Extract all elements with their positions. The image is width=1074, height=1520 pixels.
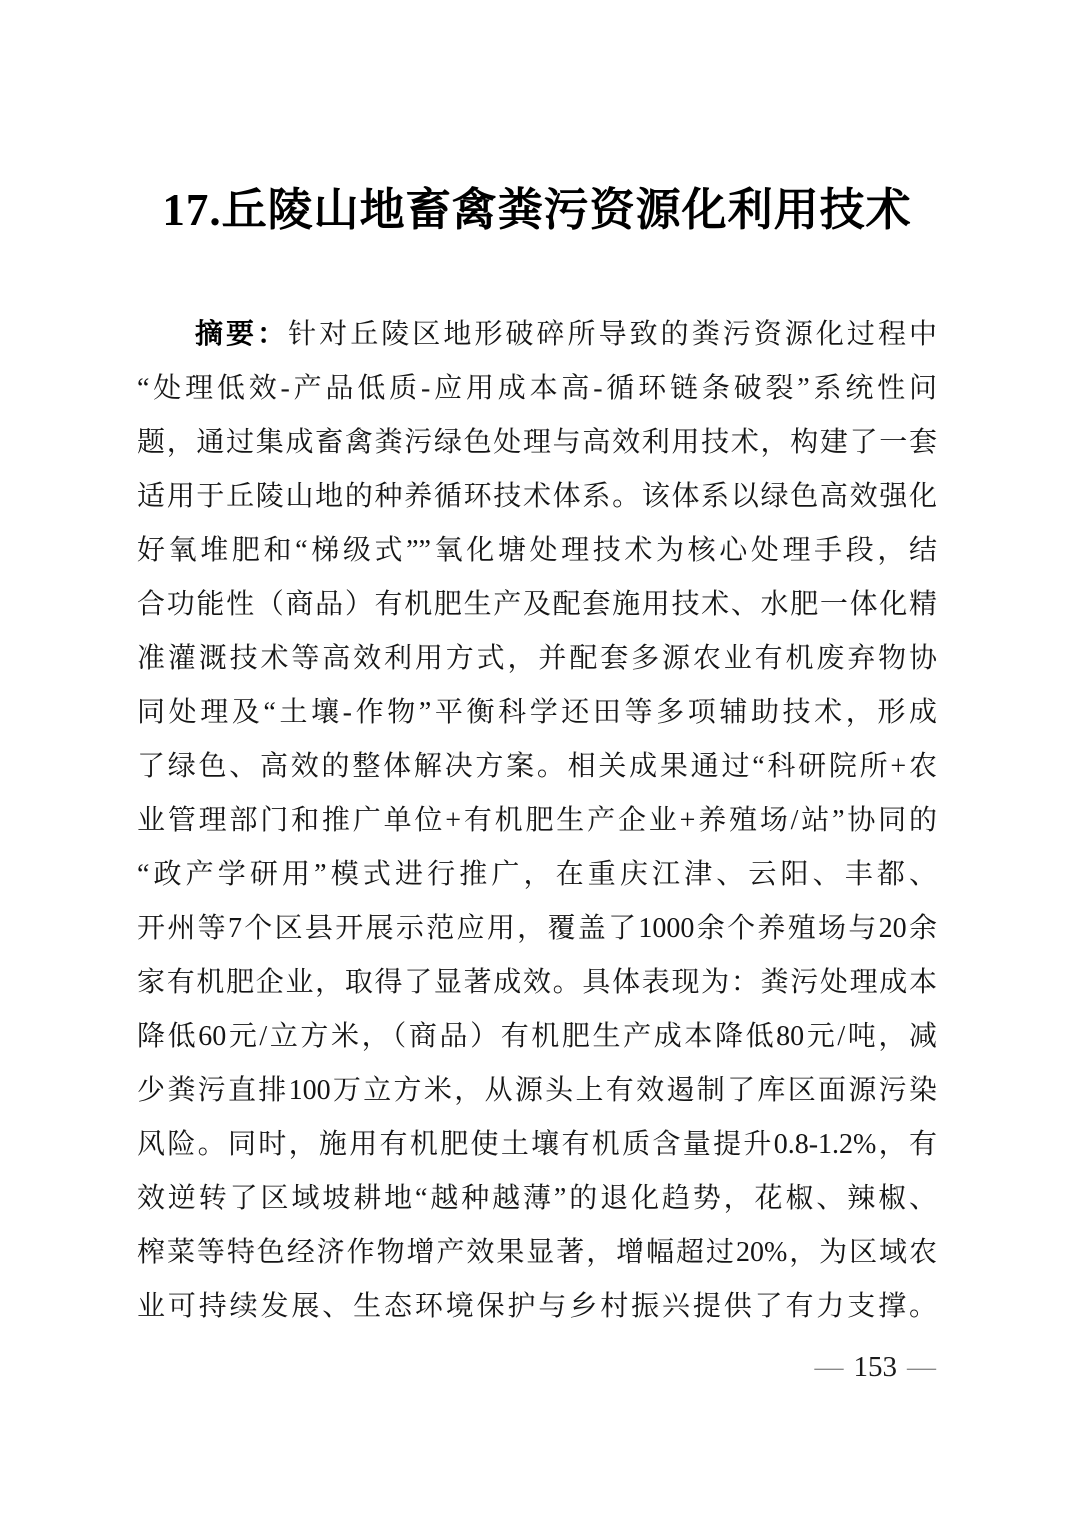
document-page: 17.丘陵山地畜禽粪污资源化利用技术 摘要：针对丘陵区地形破碎所导致的粪污资源化… [0, 0, 1074, 1520]
page-title: 17.丘陵山地畜禽粪污资源化利用技术 [0, 0, 1074, 240]
page-number-left-dash: — [815, 1351, 844, 1383]
abstract-line: 准灌溉技术等高效利用方式，并配套多源农业有机废弃物协 [137, 632, 937, 686]
abstract-line: 少粪污直排100万立方米，从源头上有效遏制了库区面源污染 [137, 1064, 937, 1118]
page-number-value: 153 [854, 1351, 898, 1383]
abstract-lines: 摘要：针对丘陵区地形破碎所导致的粪污资源化过程中“处理低效-产品低质-应用成本高… [137, 308, 937, 1334]
abstract-line: 合功能性（商品）有机肥生产及配套施用技术、水肥一体化精 [137, 578, 937, 632]
abstract-line: 风险。同时，施用有机肥使土壤有机质含量提升0.8-1.2%，有 [137, 1118, 937, 1172]
abstract-line: 好氧堆肥和“梯级式””氧化塘处理技术为核心处理手段，结 [137, 524, 937, 578]
abstract-line: 家有机肥企业，取得了显著成效。具体表现为：粪污处理成本 [137, 956, 937, 1010]
abstract-line-text: 针对丘陵区地形破碎所导致的粪污资源化过程中 [288, 319, 937, 350]
abstract-line: 同处理及“土壤-作物”平衡科学还田等多项辅助技术，形成 [137, 686, 937, 740]
abstract-line: 题，通过集成畜禽粪污绿色处理与高效利用技术，构建了一套 [137, 416, 937, 470]
page-number: —153— [815, 1350, 937, 1384]
abstract-line: 适用于丘陵山地的种养循环技术体系。该体系以绿色高效强化 [137, 470, 937, 524]
abstract-line: 了绿色、高效的整体解决方案。相关成果通过“科研院所+农 [137, 740, 937, 794]
abstract-label: 摘要： [195, 319, 288, 350]
abstract-line: 开州等7个区县开展示范应用，覆盖了1000余个养殖场与20余 [137, 902, 937, 956]
abstract-line: “处理低效-产品低质-应用成本高-循环链条破裂”系统性问 [137, 362, 937, 416]
abstract-line: 摘要：针对丘陵区地形破碎所导致的粪污资源化过程中 [137, 308, 937, 362]
abstract-line: “政产学研用”模式进行推广，在重庆江津、云阳、丰都、 [137, 848, 937, 902]
abstract-line: 业管理部门和推广单位+有机肥生产企业+养殖场/站”协同的 [137, 794, 937, 848]
abstract-line: 榨菜等特色经济作物增产效果显著，增幅超过20%，为区域农 [137, 1226, 937, 1280]
abstract-line: 效逆转了区域坡耕地“越种越薄”的退化趋势，花椒、辣椒、 [137, 1172, 937, 1226]
abstract-line: 降低60元/立方米，（商品）有机肥生产成本降低80元/吨，减 [137, 1010, 937, 1064]
abstract-line: 业可持续发展、生态环境保护与乡村振兴提供了有力支撑。 [137, 1280, 937, 1334]
abstract-paragraph: 摘要：针对丘陵区地形破碎所导致的粪污资源化过程中“处理低效-产品低质-应用成本高… [137, 308, 937, 1334]
page-number-right-dash: — [907, 1351, 936, 1383]
